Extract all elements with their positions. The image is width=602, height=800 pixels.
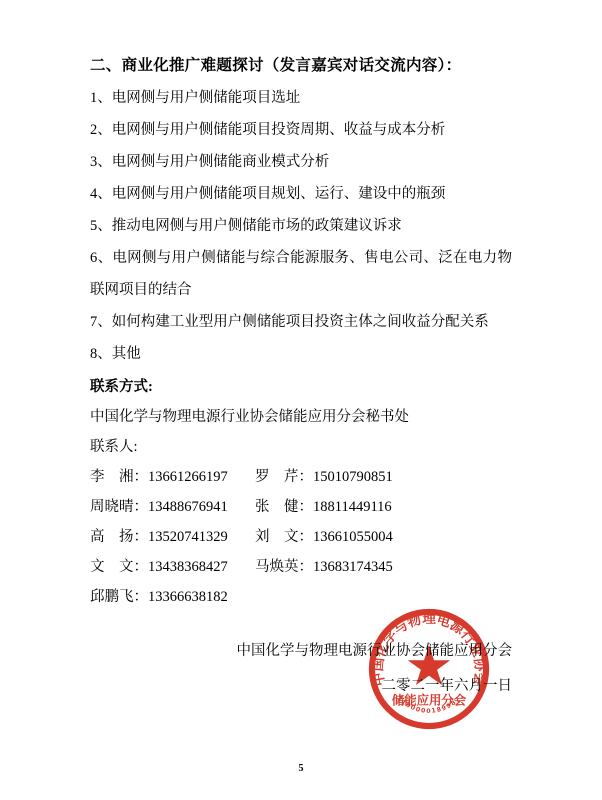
star-icon <box>408 645 450 685</box>
contact-list: 李 湘：13661266197 罗 芹：15010790851 周晓晴：1348… <box>90 462 512 612</box>
contact-section: 联系方式: 中国化学与物理电源行业协会储能应用分会秘书处 联系人: 李 湘：13… <box>90 372 512 612</box>
contact-entry: 张 健：18811449116 <box>255 492 512 522</box>
topic-item: 5、推动电网侧与用户侧储能市场的政策建议诉求 <box>90 210 512 242</box>
contacts-label: 联系人: <box>90 432 512 462</box>
contact-entry: 邱鹏飞：13366638182 <box>90 582 255 612</box>
topic-item: 4、电网侧与用户侧储能项目规划、运行、建设中的瓶颈 <box>90 178 512 210</box>
section-heading: 二、商业化推广难题探讨（发言嘉宾对话交流内容）： <box>90 50 512 82</box>
contact-entry: 马焕英：13683174345 <box>255 552 512 582</box>
contact-entry: 罗 芹：15010790851 <box>255 462 512 492</box>
official-seal: 中国化学与物理电源行业协会 储能应用分会 1100000189987 <box>367 607 491 731</box>
contact-entry: 高 扬：13520741329 <box>90 522 255 552</box>
contact-title: 联系方式: <box>90 372 512 402</box>
topic-item: 6、电网侧与用户侧储能与综合能源服务、售电公司、泛在电力物联网项目的结合 <box>90 242 512 306</box>
contact-entry: 文 文：13438368427 <box>90 552 255 582</box>
topic-item: 8、其他 <box>90 338 512 370</box>
topic-item: 2、电网侧与用户侧储能项目投资周期、收益与成本分析 <box>90 114 512 146</box>
page-number: 5 <box>0 763 602 774</box>
topic-item: 3、电网侧与用户侧储能商业模式分析 <box>90 146 512 178</box>
topic-item: 1、电网侧与用户侧储能项目选址 <box>90 82 512 114</box>
contact-entry: 李 湘：13661266197 <box>90 462 255 492</box>
topic-item: 7、如何构建工业型用户侧储能项目投资主体之间收益分配关系 <box>90 306 512 338</box>
secretariat-line: 中国化学与物理电源行业协会储能应用分会秘书处 <box>90 402 512 432</box>
topic-list: 1、电网侧与用户侧储能项目选址 2、电网侧与用户侧储能项目投资周期、收益与成本分… <box>90 82 512 370</box>
contact-entry: 周晓晴：13488676941 <box>90 492 255 522</box>
contact-entry: 刘 文：13661055004 <box>255 522 512 552</box>
